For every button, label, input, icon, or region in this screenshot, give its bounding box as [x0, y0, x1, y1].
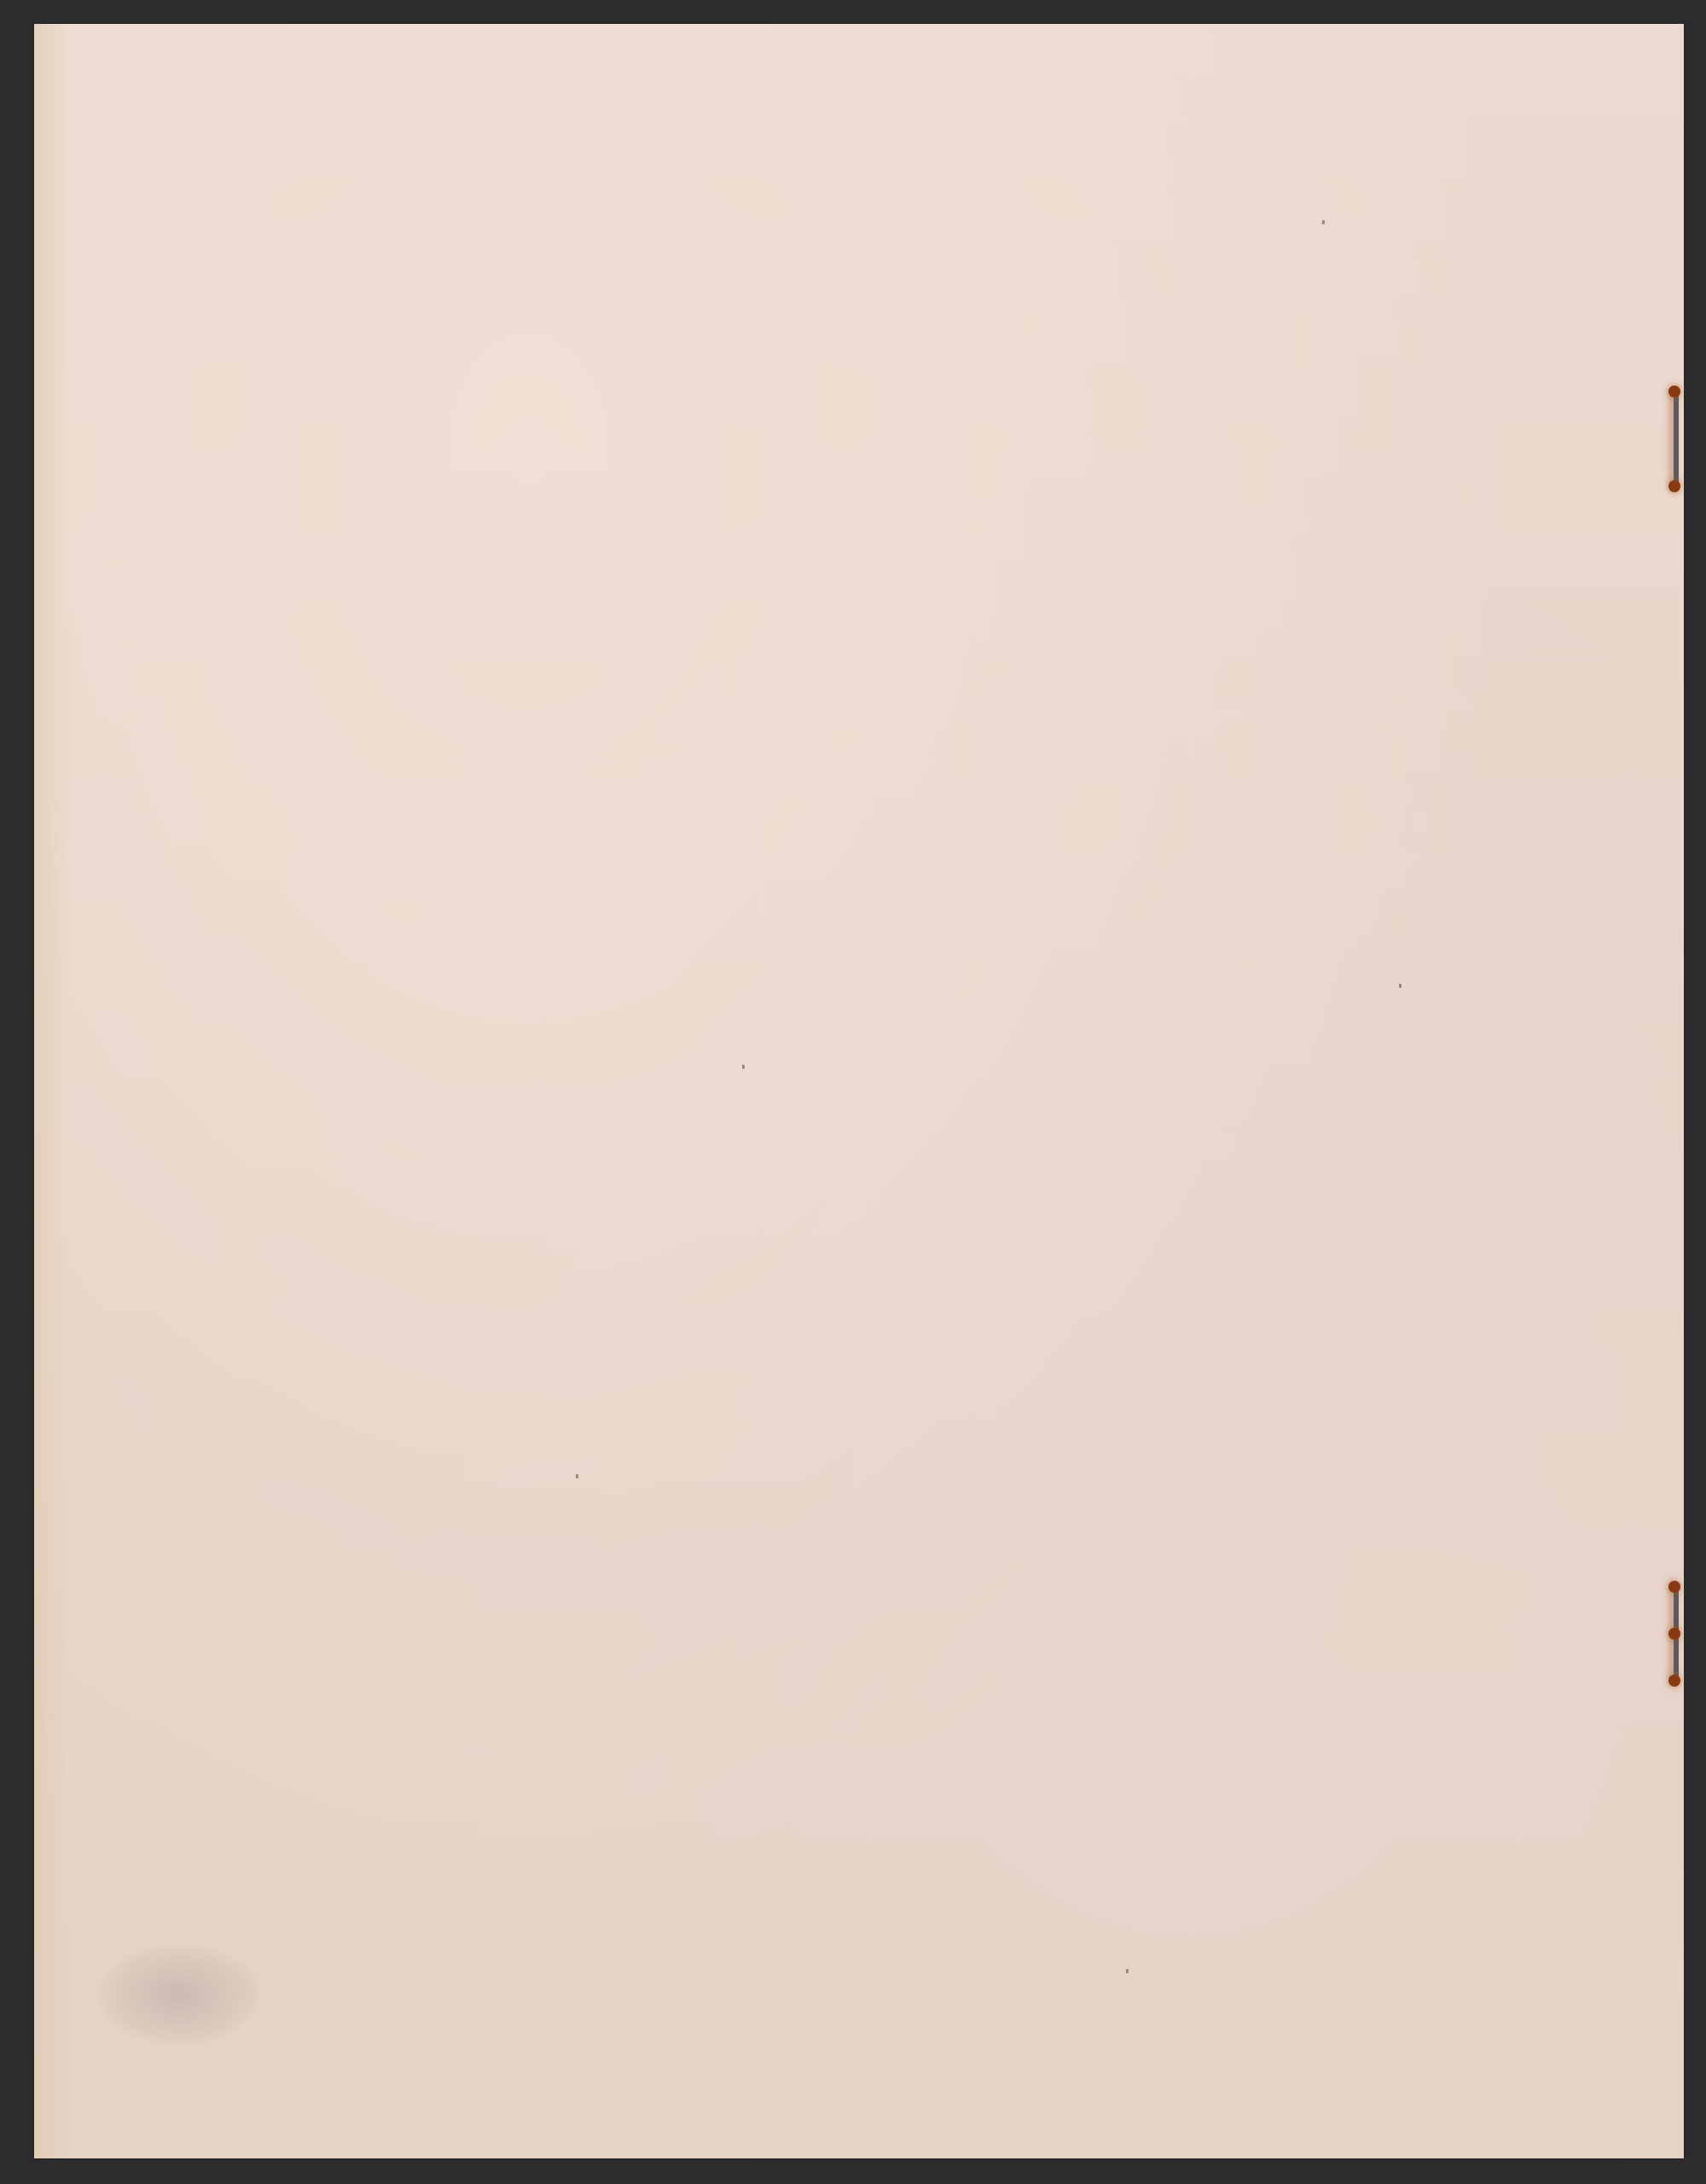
paper-speck — [1322, 220, 1325, 224]
paper-smudge — [98, 1943, 260, 2046]
rust-spot — [1668, 386, 1680, 398]
rust-spot — [1668, 1581, 1680, 1593]
blank-page — [34, 24, 1684, 2158]
paper-speck — [1399, 984, 1401, 988]
page-edge-discoloration — [34, 24, 68, 2158]
rust-spot — [1668, 480, 1680, 492]
paper-speck — [576, 1474, 578, 1478]
paper-speck — [1126, 1969, 1129, 1973]
rust-spot — [1668, 1675, 1680, 1687]
paper-speck — [742, 1065, 745, 1069]
staple-icon — [1674, 391, 1679, 485]
rust-spot — [1668, 1628, 1680, 1640]
